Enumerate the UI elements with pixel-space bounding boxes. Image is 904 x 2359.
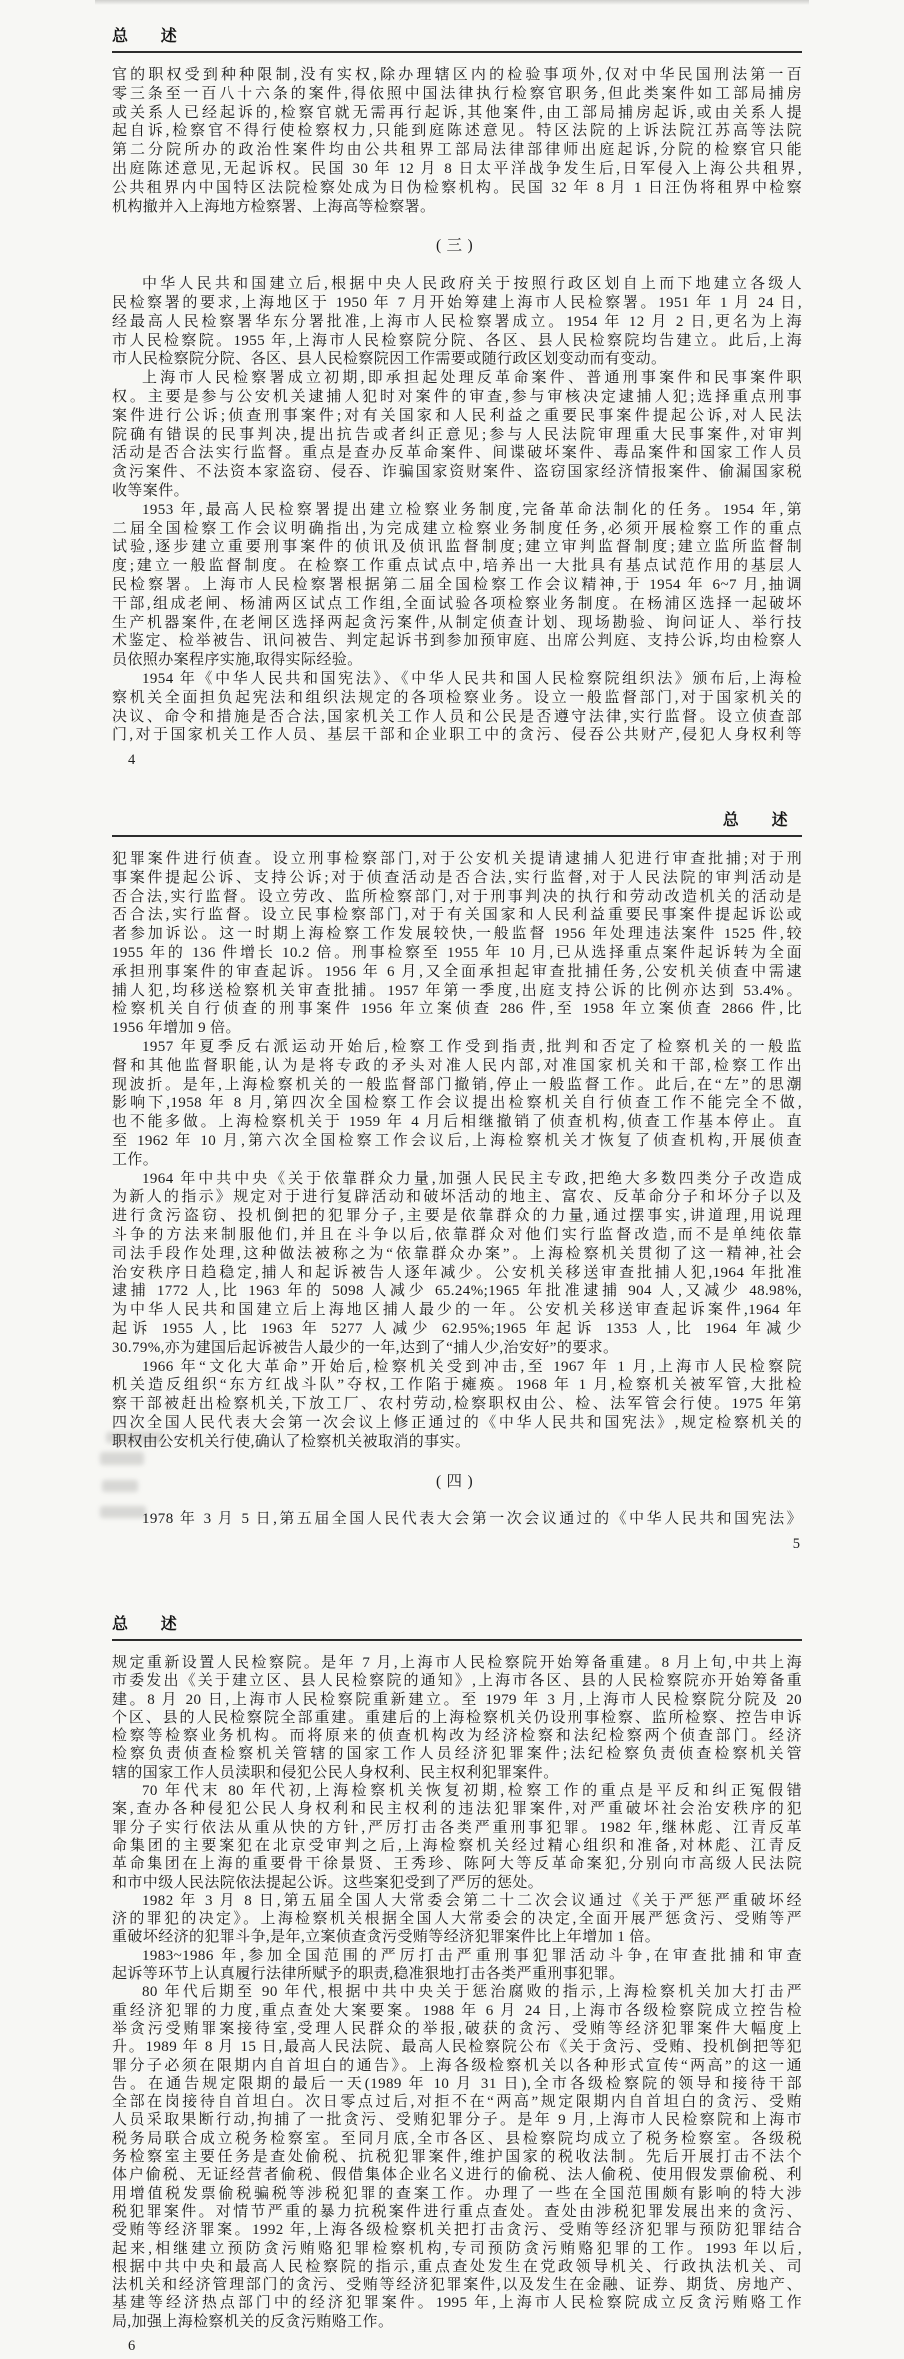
text-line: 检察机关自行侦查的刑事案件 1956 年立案侦查 286 件,至 1958 年立…: [112, 1000, 802, 1019]
text-line: 二届全国检察工作会议明确指出,为完成建立检察业务制度任务,必须开展检察工作的重点: [112, 520, 802, 539]
text-line: 经最高人民检察署华东分署批准,上海市人民检察署成立。1954 年 12 月 2 …: [112, 313, 802, 332]
text-line: 官的职权受到种种限制,没有实权,除办理辖区内的检验事项外,仅对中华民国刑法第一百: [112, 66, 802, 85]
text-line: 人员采取果断行动,拘捕了一批贪污、受贿犯罪分子。是年 9 月,上海市人民检察院和…: [112, 2111, 802, 2129]
text-line: 民检察署。上海市人民检察署根据第二届全国检察工作会议精神,于 1954 年 6~…: [112, 576, 802, 595]
text-line: 告。在通告规定限期的最后一天(1989 年 10 月 31 日),全市各级检察院…: [112, 2075, 802, 2093]
paragraph: 1983~1986 年,参加全国范围的严厉打击严重刑事犯罪活动斗争,在审查批捕和…: [112, 1947, 802, 1984]
text-line: 决议、命令和措施是否合法,国家机关工作人员和公民是否遵守法律,实行监督。设立侦查…: [112, 708, 802, 727]
page-number: 4: [112, 752, 802, 769]
running-header: 总 述: [112, 1616, 802, 1634]
header-rule: [112, 51, 802, 53]
text-line: 济的罪犯的决定》。上海检察机关根据全国人大常委会的决定,全面开展严惩贪污、受贿等…: [112, 1910, 802, 1928]
text-line: 中华人民共和国建立后,根据中央人民政府关于按照行政区划自上而下地建立各级人: [112, 275, 802, 294]
text-line: 1956 年增加 9 倍。: [112, 1019, 802, 1038]
text-line: 上海市人民检察署成立初期,即承担起处理反革命案件、普通刑事案件和民事案件职: [112, 369, 802, 388]
page-number: 5: [112, 1536, 802, 1553]
text-line: 1964 年中共中央《关于依靠群众力量,加强人民民主专政,把绝大多数四类分子改造…: [112, 1170, 802, 1189]
text-line: 收等案件。: [112, 482, 802, 501]
text-line: 公共租界内中国特区法院检察处成为日伪检察机构。民国 32 年 8 月 1 日汪伪…: [112, 179, 802, 198]
paragraph: 1982 年 3 月 8 日,第五届全国人大常委会第二十二次会议通过《关于严惩严…: [112, 1892, 802, 1947]
paragraph: 70 年代末 80 年代初,上海检察机关恢复初期,检察工作的重点是平反和纠正冤假…: [112, 1782, 802, 1892]
text-line: 1966 年“文化大革命”开始后,检察机关受到冲击,至 1967 年 1 月,上…: [112, 1358, 802, 1377]
paragraph: 1954 年《中华人民共和国宪法》、《中华人民共和国人民检察院组织法》颁布后,上…: [112, 670, 802, 745]
paragraph: 1966 年“文化大革命”开始后,检察机关受到冲击,至 1967 年 1 月,上…: [112, 1358, 802, 1452]
text-line: 1955 年的 136 件增长 10.2 倍。刑事检察至 1955 年 10 月…: [112, 944, 802, 963]
running-header: 总 述: [112, 812, 802, 830]
section-mark: (三): [112, 216, 802, 275]
text-line: 1954 年《中华人民共和国宪法》、《中华人民共和国人民检察院组织法》颁布后,上…: [112, 670, 802, 689]
paragraph: 1957 年夏季反右派运动开始后,检察工作受到指责,批判和否定了检察机关的一般监…: [112, 1038, 802, 1170]
text-line: 80 年代后期至 90 年代,根据中共中央关于惩治腐败的指示,上海检察机关加大打…: [112, 1983, 802, 2001]
text-line: 革命集团在上海的重要骨干徐景贤、王秀珍、陈阿大等反革命案犯,分别向市高级人民法院: [112, 1855, 802, 1873]
text-line: 生产机器案件,在老闸区选择两起贪污案件,从制定侦查计划、现场勘验、询问证人、举行…: [112, 614, 802, 633]
text-line: 70 年代末 80 年代初,上海检察机关恢复初期,检察工作的重点是平反和纠正冤假…: [112, 1782, 802, 1800]
header-rule: [112, 1639, 802, 1641]
text-line: 检察负责侦查检察机关管辖的国家工作人员经济犯罪案件;法纪检察负责侦查检察机关管: [112, 1745, 802, 1763]
text-line: 否合法,实行监督。设立民事检察部门,对于有关国家和人民利益重要民事案件提起诉讼或: [112, 906, 802, 925]
text-line: 治安秩序日趋稳定,捕人和起诉被告人逐年减少。公安机关移送审查批捕人犯,1964 …: [112, 1264, 802, 1283]
text-line: 体户偷税、无证经营者偷税、假借集体企业名义进行的偷税、法人偷税、使用假发票偷税、…: [112, 2166, 802, 2184]
text-line: 用增值税发票偷税骗税等涉税犯罪的查案工作。办理了一些在全国范围颇有影响的特大涉: [112, 2185, 802, 2203]
text-line: 察干部被赶出检察机关,下放工厂、农村劳动,检察职权由公、检、法军管会行使。197…: [112, 1395, 802, 1414]
text-line: 起来,相继建立预防贪污贿赂犯罪检察机构,专司预防贪污贿赂犯罪的工作。1993 年…: [112, 2240, 802, 2258]
text-line: 重经济犯罪的力度,重点查处大案要案。1988 年 6 月 24 日,上海市各级检…: [112, 2002, 802, 2020]
text-line: 重破坏经济的犯罪斗争,是年,立案侦查贪污受贿等经济犯罪案件比上年增加 1 倍。: [112, 1928, 802, 1946]
text-line: 规定重新设置人民检察院。是年 7 月,上海市人民检察院开始筹备重建。8 月上旬,…: [112, 1654, 802, 1672]
text-line: 术鉴定、检举被告、讯问被告、判定起诉书到参加预审庭、出席公判庭、支持公诉,均由检…: [112, 632, 802, 651]
page: 总 述规定重新设置人民检察院。是年 7 月,上海市人民检察院开始筹备重建。8 月…: [112, 1616, 802, 2355]
text-line: 至 1962 年 10 月,第六次全国检察工作会议后,上海检察机关才恢复了侦查机…: [112, 1132, 802, 1151]
text-line: 者参加诉讼。这一时期上海检察工作发展较快,一般监督 1956 年处理违法案件 1…: [112, 925, 802, 944]
text-line: 起诉等环节上认真履行法律所赋予的职责,稳准狠地打击各类严重刑事犯罪。: [112, 1965, 802, 1983]
text-line: 案件进行公诉;侦查刑事案件;对有关国家和人民利益之重要民事案件提起公诉,对人民法: [112, 407, 802, 426]
text-line: 犯罪案件进行侦查。设立刑事检察部门,对于公安机关提请逮捕人犯进行审查批捕;对于刑: [112, 850, 802, 869]
text-line: 建。8 月 20 日,上海市人民检察院重新建立。至 1979 年 3 月,上海市…: [112, 1691, 802, 1709]
paragraph: 1964 年中共中央《关于依靠群众力量,加强人民民主专政,把绝大多数四类分子改造…: [112, 1170, 802, 1358]
paragraph: 80 年代后期至 90 年代,根据中共中央关于惩治腐败的指示,上海检察机关加大打…: [112, 1983, 802, 2331]
text-line: 民检察署的要求,上海地区于 1950 年 7 月开始筹建上海市人民检察署。195…: [112, 294, 802, 313]
text-line: 进行贪污盗窃、投机倒把的犯罪分子,主要是依靠群众的力量,通过摆事实,讲道理,用说…: [112, 1207, 802, 1226]
text-line: 捕人犯,均移送检察机关审查批捕。1957 年第一季度,出庭支持公诉的比例亦达到 …: [112, 982, 802, 1001]
text-line: 活动是否合法实行监督。重点是查办反革命案件、间谍破坏案件、毒品案件和国家工作人员: [112, 444, 802, 463]
page-body: 犯罪案件进行侦查。设立刑事检察部门,对于公安机关提请逮捕人犯进行审查批捕;对于刑…: [112, 850, 802, 1529]
text-line: 个区、县的人民检察院全部重建。重建后的上海检察机关仍设刑事检察、监所检察、控告申…: [112, 1709, 802, 1727]
text-line: 第二分院所办的政治性案件均由公共租界工部局法律部律师出庭起诉,分院的检察官只能: [112, 141, 802, 160]
text-line: 否合法,实行监督。设立劳改、监所检察部门,对于刑事判决的执行和劳动改造机关的活动…: [112, 888, 802, 907]
text-line: 1983~1986 年,参加全国范围的严厉打击严重刑事犯罪活动斗争,在审查批捕和…: [112, 1947, 802, 1965]
text-line: 根据中共中央和最高人民检察院的指示,重点查处发生在党政领导机关、行政执法机关、司: [112, 2258, 802, 2276]
paragraph: 中华人民共和国建立后,根据中央人民政府关于按照行政区划自上而下地建立各级人民检察…: [112, 275, 802, 369]
text-line: 罪分子必须在限期内自首坦白的通告》。上海各级检察机关以各种形式宣传“两高”的这一…: [112, 2057, 802, 2075]
text-line: 命集团的主要案犯在北京受审判之后,上海检察机关经过精心组织和准备,对林彪、江青反: [112, 1837, 802, 1855]
header-rule: [112, 835, 802, 837]
text-line: 院确有错误的民事判决,提出抗告或者纠正意见;参与人民法院审理重大民事案件,对审判: [112, 426, 802, 445]
paragraph: 规定重新设置人民检察院。是年 7 月,上海市人民检察院开始筹备重建。8 月上旬,…: [112, 1654, 802, 1782]
text-line: 现波折。是年,上海检察机关的一般监督部门撤销,停止一般监督工作。此后,在“左”的…: [112, 1076, 802, 1095]
text-line: 受贿等经济罪案。1992 年,上海各级检察机关把打击贪污、受贿等经济犯罪与预防犯…: [112, 2221, 802, 2239]
text-line: 出庭陈述意见,无起诉权。民国 30 年 12 月 8 日太平洋战争发生后,日军侵…: [112, 160, 802, 179]
text-line: 局,加强上海检察机关的反贪污贿赂工作。: [112, 2313, 802, 2331]
paragraph: 犯罪案件进行侦查。设立刑事检察部门,对于公安机关提请逮捕人犯进行审查批捕;对于刑…: [112, 850, 802, 1038]
text-line: 四次全国人民代表大会第一次会议上修正通过的《中华人民共和国宪法》,规定检察机关的: [112, 1414, 802, 1433]
text-line: 干部,组成老闸、杨浦两区试点工作组,全面试验各项检察业务制度。在杨浦区选择一起破…: [112, 595, 802, 614]
text-line: 务检察室主要任务是查处偷税、抗税犯罪案件,维护国家的税收法制。先后开展打击不法个: [112, 2148, 802, 2166]
text-line: 辖的国家工作人员渎职和侵犯公民人身权利、民主权利犯罪案件。: [112, 1764, 802, 1782]
paragraph: 1978 年 3 月 5 日,第五届全国人民代表大会第一次会议通过的《中华人民共…: [112, 1510, 802, 1529]
text-line: 度;建立一般监督制度。在检察工作重点试点中,培养出一大批具有基点试范作用的基层人: [112, 557, 802, 576]
text-line: 基建等经济热点部门中的经济犯罪案件。1995 年,上海市人民检察院成立反贪污贿赂…: [112, 2294, 802, 2312]
paragraph: 官的职权受到种种限制,没有实权,除办理辖区内的检验事项外,仅对中华民国刑法第一百…: [112, 66, 802, 216]
text-line: 罪分子实行依法从重从快的方针,严厉打击各类严重刑事犯罪。1982 年,继林彪、江…: [112, 1819, 802, 1837]
section-mark: (四): [112, 1452, 802, 1511]
text-line: 起诉 1955 人,比 1963 年 5277 人减少 62.95%;1965 …: [112, 1320, 802, 1339]
text-line: 检察等检察业务机构。而将原来的侦查机构改为经济检察和法纪检察两个侦查部门。经济: [112, 1727, 802, 1745]
text-line: 举贪污受贿罪案接待室,受理人民群众的举报,破获的贪污、受贿等经济犯罪案件大幅度上: [112, 2020, 802, 2038]
text-line: 督和其他监督职能,认为是将专政的矛头对准人民内部,对准国家机关和干部,检察工作出: [112, 1057, 802, 1076]
scanned-book-spread: 总 述官的职权受到种种限制,没有实权,除办理辖区内的检验事项外,仅对中华民国刑法…: [0, 0, 904, 2359]
scan-edge-shadow: [95, 0, 809, 5]
page-body: 官的职权受到种种限制,没有实权,除办理辖区内的检验事项外,仅对中华民国刑法第一百…: [112, 66, 802, 745]
text-line: 影响下,1958 年 8 月,第四次全国检察工作会议提出检察机关自行侦查工作不能…: [112, 1094, 802, 1113]
text-line: 市委发出《关于建立区、县人民检察院的通知》,上海市各区、县的人民检察院亦开始筹备…: [112, 1672, 802, 1690]
page: 总 述犯罪案件进行侦查。设立刑事检察部门,对于公安机关提请逮捕人犯进行审查批捕;…: [112, 812, 802, 1553]
text-line: 市人民检察院。1955 年,上海市人民检察院分院、各区、县人民检察院均告建立。此…: [112, 332, 802, 351]
text-line: 市人民检察院分院、各区、县人民检察院因工作需要或随行政区划变动而有变动。: [112, 350, 802, 369]
text-line: 法机关和经济管理部门的贪污、受贿等经济犯罪案件,以及发生在金融、证券、期货、房地…: [112, 2276, 802, 2294]
text-line: 门,对于国家机关工作人员、基层干部和企业职工中的贪污、侵吞公共财产,侵犯人身权利…: [112, 726, 802, 745]
paragraph: 上海市人民检察署成立初期,即承担起处理反革命案件、普通刑事案件和民事案件职权。主…: [112, 369, 802, 501]
text-line: 察机关全面担负起宪法和组织法规定的各项检察业务。设立一般监督部门,对于国家机关的: [112, 689, 802, 708]
text-line: 案,查办各种侵犯公民人身权利和民主权利的违法犯罪案件,对严重破坏社会治安秩序的犯: [112, 1800, 802, 1818]
text-line: 机构撤并入上海地方检察署、上海高等检察署。: [112, 198, 802, 217]
text-line: 为新人的指示》规定对于进行复辟活动和破坏活动的地主、富农、反革命分子和坏分子以及: [112, 1188, 802, 1207]
text-line: 30.79%,亦为建国后起诉被告人最少的一年,达到了“捕人少,治安好”的要求。: [112, 1339, 802, 1358]
text-line: 为中华人民共和国建立后上海地区捕人最少的一年。公安机关移送审查起诉案件,1964…: [112, 1301, 802, 1320]
text-line: 起自诉,检察官不得行使检察权力,只能到庭陈述意见。特区法院的上诉法院江苏高等法院: [112, 122, 802, 141]
text-line: 税务局联合成立税务检察室。至同月底,全市各区、县检察院均成立了税务检察室。各级税: [112, 2130, 802, 2148]
running-header: 总 述: [112, 28, 802, 46]
text-line: 职权由公安机关行使,确认了检察机关被取消的事实。: [112, 1433, 802, 1452]
text-line: 员依照办案程序实施,取得实际经验。: [112, 651, 802, 670]
page: 总 述官的职权受到种种限制,没有实权,除办理辖区内的检验事项外,仅对中华民国刑法…: [112, 28, 802, 769]
text-line: 也不能多做。上海检察机关于 1959 年 4 月后相继撤销了侦查机构,侦查工作基…: [112, 1113, 802, 1132]
text-line: 试验,逐步建立重要刑事案件的侦讯及侦讯监督制度;建立审判监督制度;建立监所监督制: [112, 538, 802, 557]
text-line: 机关造反组织“东方红战斗队”夺权,工作陷于瘫痪。1968 年 1 月,检察机关被…: [112, 1376, 802, 1395]
text-line: 事案件提起公诉、支持公诉;对于侦查活动是否合法,实行监督,对于人民法院的审判活动…: [112, 869, 802, 888]
text-line: 1978 年 3 月 5 日,第五届全国人民代表大会第一次会议通过的《中华人民共…: [112, 1510, 802, 1529]
text-line: 工作。: [112, 1151, 802, 1170]
text-line: 权。主要是参与公安机关逮捕人犯时对案件的审查,参与审核决定逮捕人犯;选择重点刑事: [112, 388, 802, 407]
text-line: 或关系人已经起诉的,检察官就无需再行起诉,其他案件,由工部局捕房起诉,或由关系人…: [112, 104, 802, 123]
text-line: 贪污案件、不法资本家盗窃、侵吞、诈骗国家资财案件、盗窃国家经济情报案件、偷漏国家…: [112, 463, 802, 482]
text-line: 承担刑事案件的审查起诉。1956 年 6 月,又全面承担起审查批捕任务,公安机关…: [112, 963, 802, 982]
text-line: 1957 年夏季反右派运动开始后,检察工作受到指责,批判和否定了检察机关的一般监: [112, 1038, 802, 1057]
text-line: 1982 年 3 月 8 日,第五届全国人大常委会第二十二次会议通过《关于严惩严…: [112, 1892, 802, 1910]
text-line: 零三条至一百八十六条的案件,得依照中国法律执行检察官职务,但此类案件如工部局捕房: [112, 85, 802, 104]
page-body: 规定重新设置人民检察院。是年 7 月,上海市人民检察院开始筹备重建。8 月上旬,…: [112, 1654, 802, 2331]
text-line: 1953 年,最高人民检察署提出建立检察业务制度,完备革命法制化的任务。1954…: [112, 501, 802, 520]
text-line: 逮捕 1772 人,比 1963 年的 5098 人减少 65.24%;1965…: [112, 1282, 802, 1301]
text-line: 和市中级人民法院依法提起公诉。这些案犯受到了严厉的惩处。: [112, 1874, 802, 1892]
text-line: 税犯罪案件。对情节严重的暴力抗税案件进行重点查处。查处由涉税犯罪发展出来的贪污、: [112, 2203, 802, 2221]
text-line: 全部在岗接待自首坦白。次日零点过后,对拒不在“两高”规定限期内自首坦白的贪污、受…: [112, 2093, 802, 2111]
paragraph: 1953 年,最高人民检察署提出建立检察业务制度,完备革命法制化的任务。1954…: [112, 501, 802, 670]
text-line: 司法手段作处理,这种做法被称之为“依靠群众办案”。上海检察机关贯彻了这一精神,社…: [112, 1245, 802, 1264]
page-number: 6: [112, 2338, 802, 2355]
text-line: 升。1989 年 8 月 15 日,最高人民法院、最高人民检察院公布《关于贪污、…: [112, 2038, 802, 2056]
text-line: 斗争的方法来制服他们,并且在斗争以后,依靠群众对他们实行监督改造,而不是单纯依靠: [112, 1226, 802, 1245]
